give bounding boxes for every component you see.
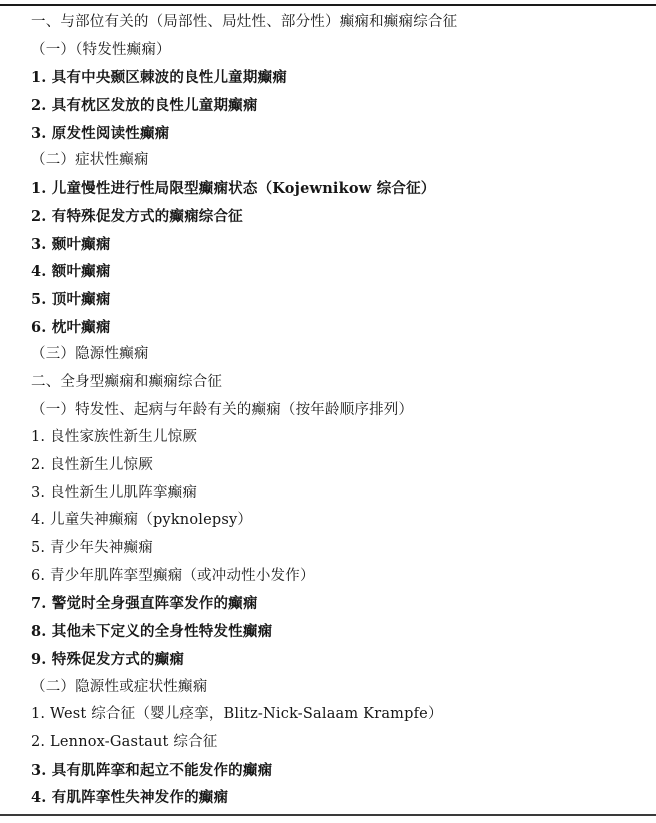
subsection-heading: （二）症状性癫痫 — [31, 147, 651, 175]
list-item: 5. 青少年失神癫痫 — [31, 535, 651, 563]
list-item: 7. 警觉时全身强直阵挛发作的癫痫 — [31, 590, 651, 618]
list-item: 9. 特殊促发方式的癫痫 — [31, 646, 651, 674]
subsection-heading: （三）隐源性癫痫 — [31, 341, 651, 369]
subsection-heading: （一）特发性、起病与年龄有关的癫痫（按年龄顺序排列） — [31, 397, 651, 425]
subsection-heading: （二）隐源性或症状性癫痫 — [31, 674, 651, 702]
table-bottom-rule — [0, 814, 656, 816]
list-item: 4. 额叶癫痫 — [31, 258, 651, 286]
section-heading: 一、与部位有关的（局部性、局灶性、部分性）癫痫和癫痫综合征 — [31, 9, 651, 37]
list-item: 2. 良性新生儿惊厥 — [31, 452, 651, 480]
list-item: 5. 顶叶癫痫 — [31, 286, 651, 314]
list-item: 2. 具有枕区发放的良性儿童期癫痫 — [31, 92, 651, 120]
list-item: 3. 具有肌阵挛和起立不能发作的癫痫 — [31, 757, 651, 785]
section-heading: 二、全身型癫痫和癫痫综合征 — [31, 369, 651, 397]
list-item: 2. 有特殊促发方式的癫痫综合征 — [31, 203, 651, 231]
list-item: 3. 颞叶癫痫 — [31, 231, 651, 259]
list-item: 1. 儿童慢性进行性局限型癫痫状态（Kojewnikow 综合征） — [31, 175, 651, 203]
list-item: 2. Lennox-Gastaut 综合征 — [31, 729, 651, 757]
list-item: 3. 原发性阅读性癫痫 — [31, 120, 651, 148]
table-top-rule — [0, 4, 656, 6]
list-item: 6. 青少年肌阵挛型癫痫（或冲动性小发作） — [31, 563, 651, 591]
list-item: 1. 具有中央颞区棘波的良性儿童期癫痫 — [31, 64, 651, 92]
list-item: 8. 其他未下定义的全身性特发性癫痫 — [31, 618, 651, 646]
list-item: 1. West 综合征（婴儿痉挛，Blitz-Nick-Salaam Kramp… — [31, 701, 651, 729]
list-item: 1. 良性家族性新生儿惊厥 — [31, 424, 651, 452]
list-item: 4. 有肌阵挛性失神发作的癫痫 — [31, 784, 651, 812]
list-item: 4. 儿童失神癫痫（pyknolepsy） — [31, 507, 651, 535]
list-item: 3. 良性新生儿肌阵挛癫痫 — [31, 480, 651, 508]
classification-table: 一、与部位有关的（局部性、局灶性、部分性）癫痫和癫痫综合征 （一）（特发性癫痫）… — [31, 9, 651, 812]
list-item: 6. 枕叶癫痫 — [31, 314, 651, 342]
subsection-heading: （一）（特发性癫痫） — [31, 37, 651, 65]
